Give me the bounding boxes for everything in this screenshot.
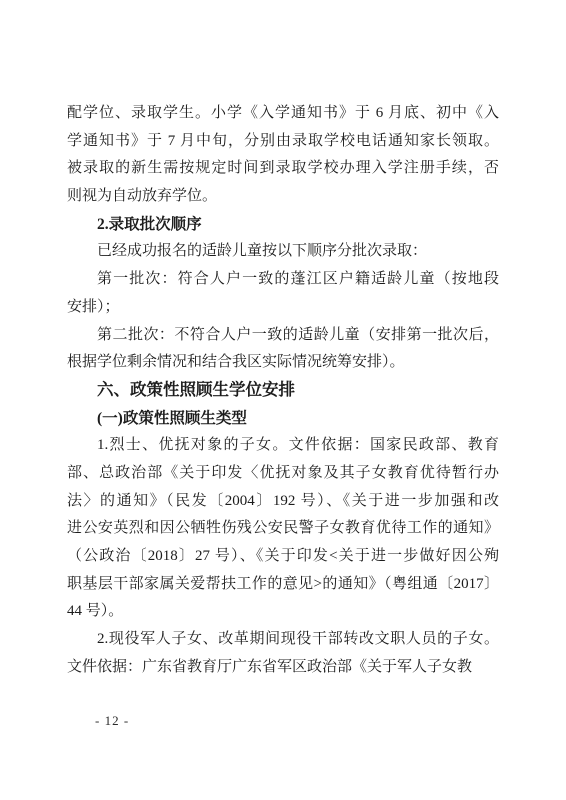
text-line: 第二批次：不符合人户一致的适龄儿童（安排第一批次后， <box>67 322 499 350</box>
text-line: 进公安英烈和因公牺牲伤残公安民警子女教育优待工作的通知》 <box>67 515 499 543</box>
text-line: 安排）； <box>67 294 499 322</box>
paragraph: 第一批次：符合人户一致的蓬江区户籍适龄儿童（按地段安排）； <box>67 266 499 321</box>
text-line: 学通知书》于 7 月中旬，分别由录取学校电话通知家长领取。 <box>67 128 499 156</box>
text-line: 2.录取批次顺序 <box>67 211 499 239</box>
text-line: 六、政策性照顾生学位安排 <box>67 377 499 405</box>
document-page: 配学位、录取学生。小学《入学通知书》于 6 月底、初中《入学通知书》于 7 月中… <box>0 0 566 800</box>
text-line: 第一批次：符合人户一致的蓬江区户籍适龄儿童（按地段 <box>67 266 499 294</box>
text-line: 1.烈士、优抚对象的子女。文件依据：国家民政部、教育 <box>67 432 499 460</box>
paragraph-continuation: 配学位、录取学生。小学《入学通知书》于 6 月底、初中《入学通知书》于 7 月中… <box>67 100 499 211</box>
text-line: 则视为自动放弃学位。 <box>67 183 499 211</box>
text-line: 职基层干部家属关爱帮扶工作的意见>的通知》（粤组通〔2017〕 <box>67 571 499 599</box>
text-line: （公政治〔2018〕27 号）、《关于印发<关于进一步做好因公殉 <box>67 543 499 571</box>
subsection-heading-policy-types: (一)政策性照顾生类型 <box>67 405 499 433</box>
text-line: 44 号）。 <box>67 598 499 626</box>
text-line: 根据学位剩余情况和结合我区实际情况统筹安排）。 <box>67 349 499 377</box>
paragraph: 第二批次：不符合人户一致的适龄儿童（安排第一批次后，根据学位剩余情况和结合我区实… <box>67 322 499 377</box>
subsection-heading-batch-order: 2.录取批次顺序 <box>67 211 499 239</box>
text-line: (一)政策性照顾生类型 <box>67 405 499 433</box>
paragraph: 1.烈士、优抚对象的子女。文件依据：国家民政部、教育部、总政治部《关于印发〈优抚… <box>67 432 499 626</box>
text-line: 配学位、录取学生。小学《入学通知书》于 6 月底、初中《入 <box>67 100 499 128</box>
text-line: 部、总政治部《关于印发〈优抚对象及其子女教育优待暂行办 <box>67 460 499 488</box>
text-line: 法〉的通知》（民发〔2004〕192 号）、《关于进一步加强和改 <box>67 488 499 516</box>
text-line: 被录取的新生需按规定时间到录取学校办理入学注册手续，否 <box>67 155 499 183</box>
paragraph: 已经成功报名的适龄儿童按以下顺序分批次录取： <box>67 238 499 266</box>
text-line: 文件依据：广东省教育厅广东省军区政治部《关于军人子女教 <box>67 654 499 682</box>
paragraph: 2.现役军人子女、改革期间现役干部转改文职人员的子女。文件依据：广东省教育厅广东… <box>67 626 499 681</box>
text-line: 2.现役军人子女、改革期间现役干部转改文职人员的子女。 <box>67 626 499 654</box>
page-number: - 12 - <box>95 712 129 730</box>
document-content: 配学位、录取学生。小学《入学通知书》于 6 月底、初中《入学通知书》于 7 月中… <box>67 100 499 681</box>
section-heading-policy-students: 六、政策性照顾生学位安排 <box>67 377 499 405</box>
text-line: 已经成功报名的适龄儿童按以下顺序分批次录取： <box>67 238 499 266</box>
